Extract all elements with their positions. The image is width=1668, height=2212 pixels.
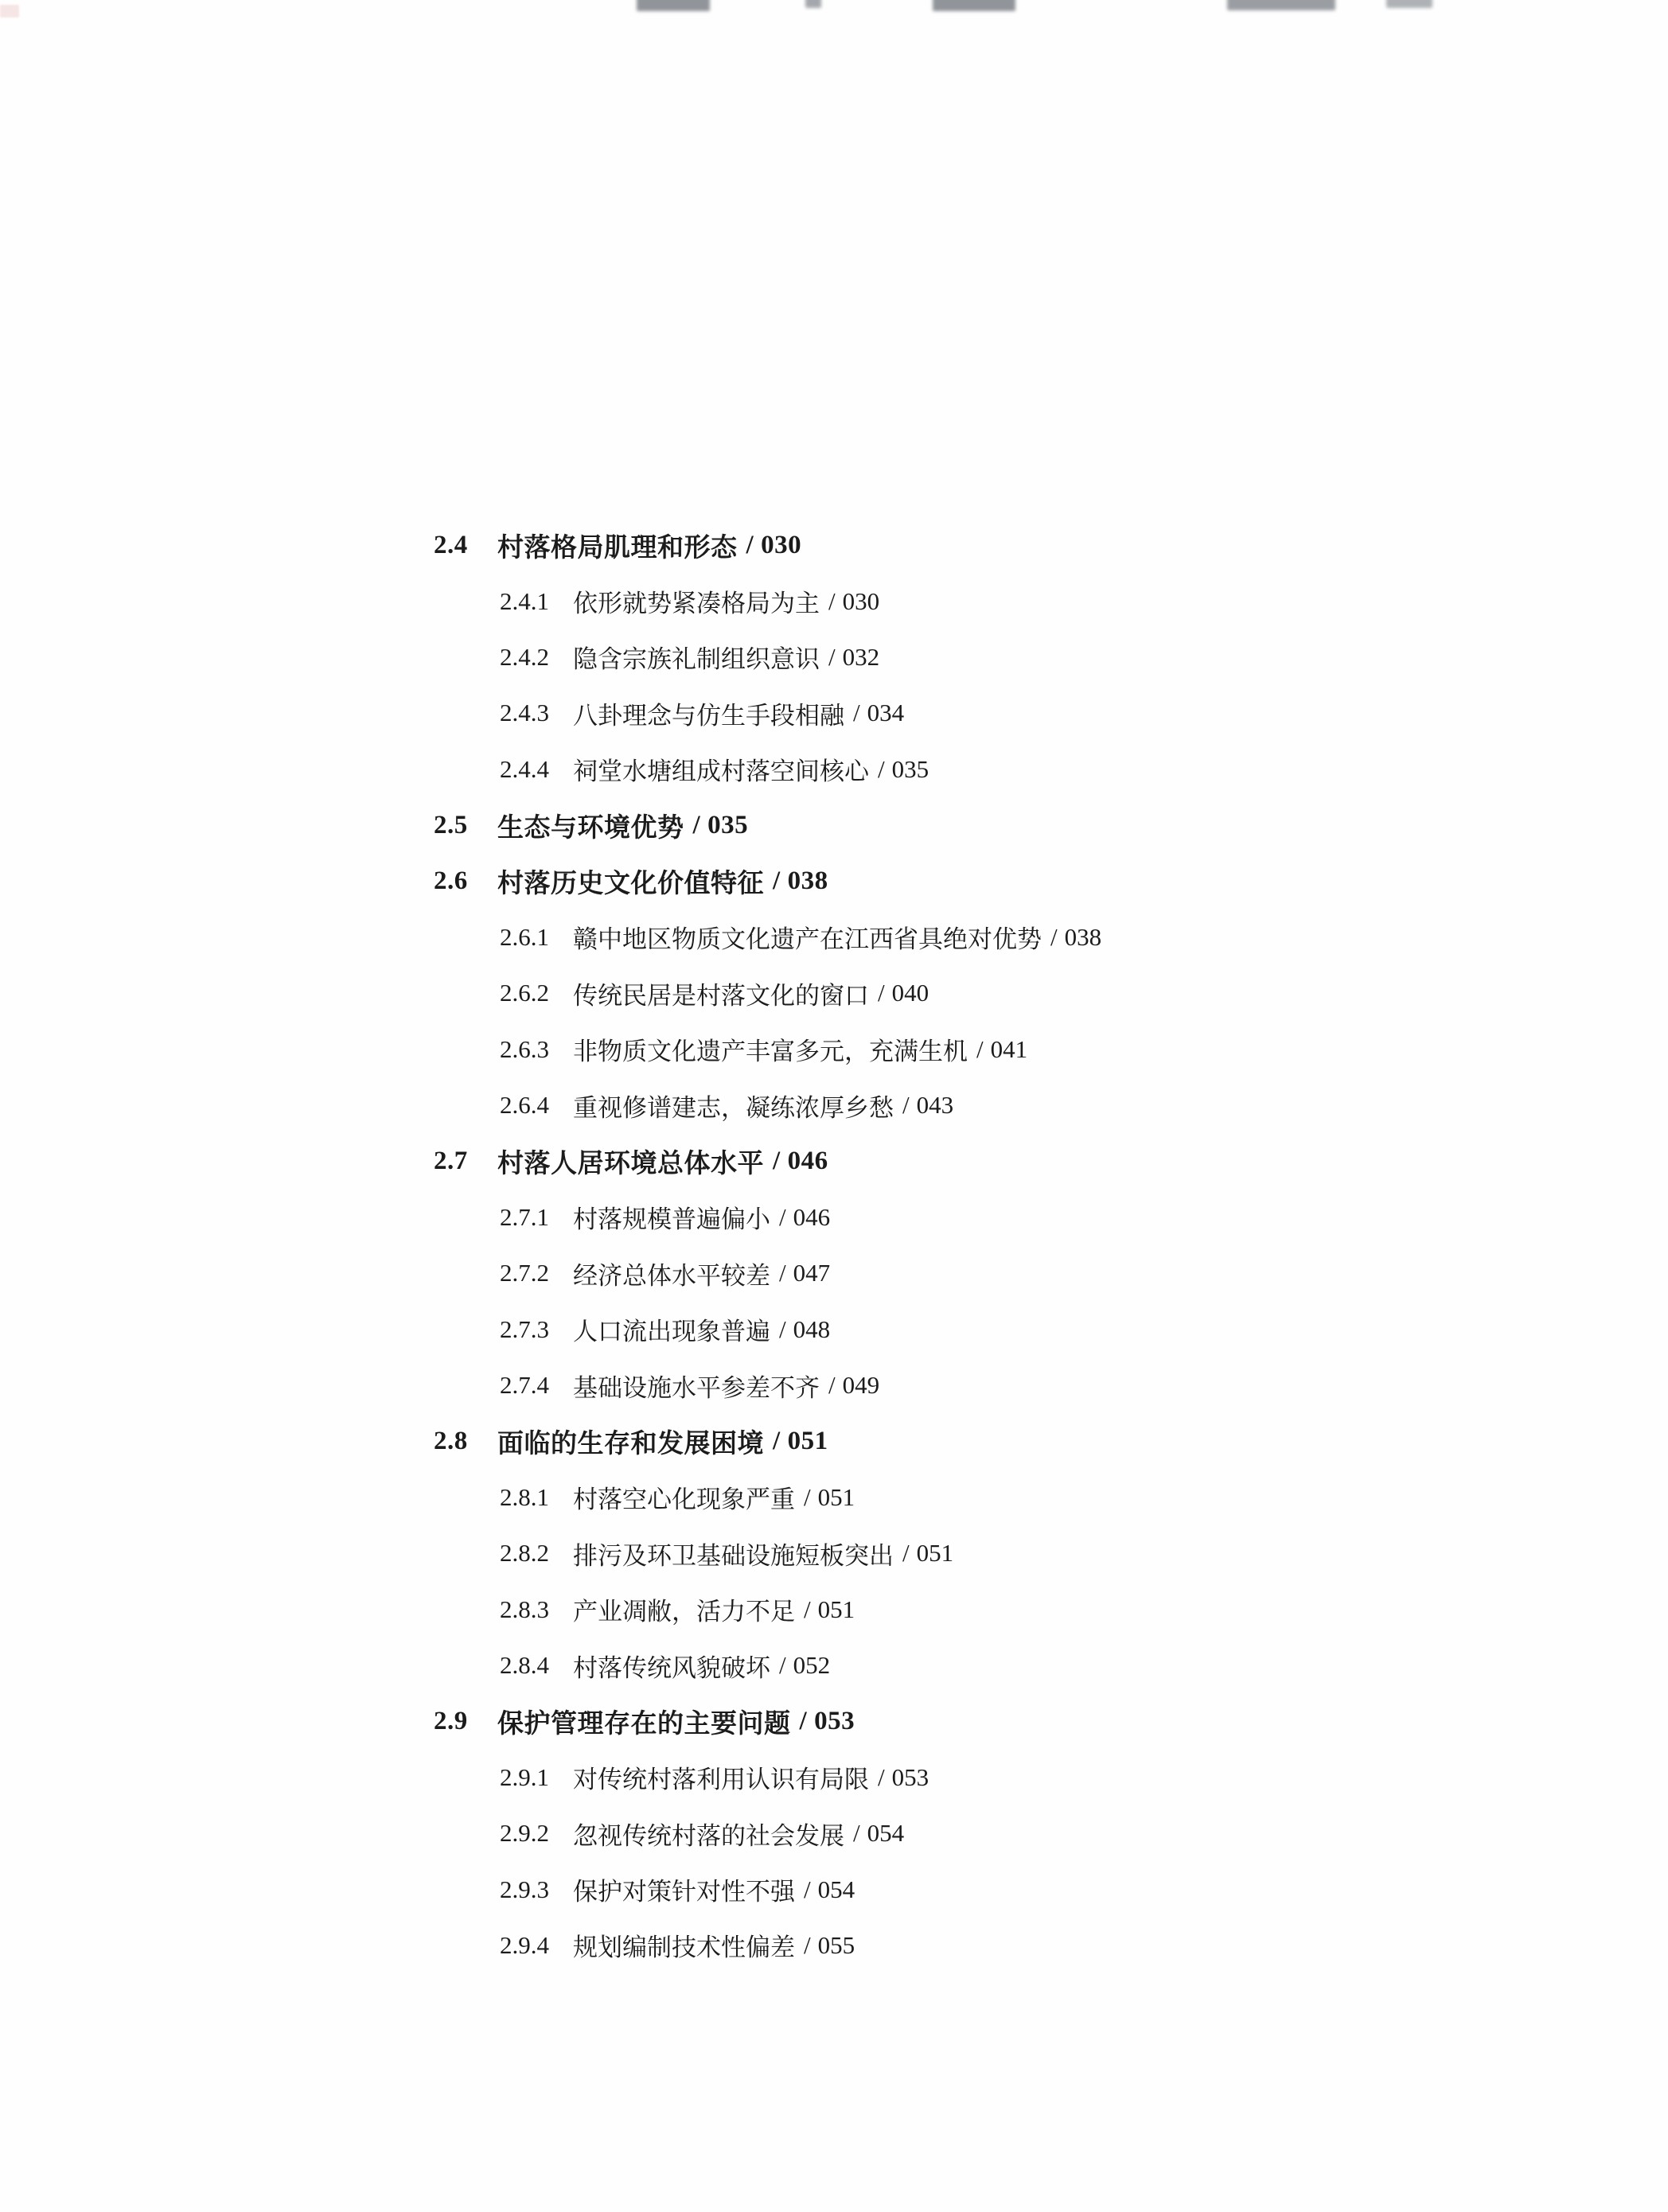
toc-entry-page: 055 — [818, 1931, 855, 1960]
toc-entry-number: 2.8 — [434, 1427, 497, 1456]
toc-entry-page: 034 — [867, 699, 905, 727]
toc-entry-page: 047 — [793, 1259, 831, 1287]
toc-entry-separator: / — [804, 1595, 811, 1624]
toc-entry-separator: / — [976, 1035, 984, 1064]
toc-entry-number: 2.9 — [434, 1707, 497, 1736]
toc-entry-title: 村落传统风貌破坏 — [573, 1648, 770, 1684]
toc-entry: 2.4.2 隐含宗族礼制组织意识 / 032 — [434, 629, 1101, 685]
toc-entry-number: 2.7.1 — [500, 1203, 573, 1232]
toc-entry-title: 祠堂水塘组成村落空间核心 — [573, 751, 869, 787]
toc-entry-number: 2.6 — [434, 866, 497, 896]
toc-entry-title: 重视修谱建志，凝练浓厚乡愁 — [573, 1088, 894, 1124]
toc-entry-title: 经济总体水平较差 — [573, 1256, 770, 1291]
toc-entry: 2.6 村落历史文化价值特征 / 038 — [434, 853, 1101, 909]
toc-entry-number: 2.6.3 — [500, 1035, 573, 1064]
scan-artifact-top — [1386, 0, 1432, 8]
toc-entry-title: 八卦理念与仿生手段相融 — [573, 695, 844, 731]
toc-entry-title: 保护管理存在的主要问题 — [497, 1703, 791, 1740]
toc-entry-separator: / — [800, 1707, 808, 1736]
toc-entry-page: 038 — [1065, 923, 1102, 952]
toc-entry-title: 面临的生存和发展困境 — [497, 1423, 764, 1460]
toc-entry-number: 2.7.3 — [500, 1315, 573, 1344]
toc-entry: 2.9.1 对传统村落利用认识有局限 / 053 — [434, 1750, 1101, 1805]
toc-entry-separator: / — [853, 1819, 860, 1848]
toc-entry-page: 041 — [991, 1035, 1028, 1064]
toc-entry: 2.8.4 村落传统风貌破坏 / 052 — [434, 1638, 1101, 1693]
toc-entry: 2.4 村落格局肌理和形态 / 030 — [434, 517, 1101, 573]
toc-entry-separator: / — [773, 1147, 781, 1176]
toc-entry-number: 2.7.4 — [500, 1371, 573, 1400]
toc-entry: 2.4.4 祠堂水塘组成村落空间核心 / 035 — [434, 742, 1101, 797]
toc-entry-title: 人口流出现象普遍 — [573, 1311, 770, 1347]
toc-entry-page: 053 — [892, 1763, 929, 1792]
toc-entry-page: 051 — [818, 1595, 855, 1624]
toc-entry-number: 2.9.4 — [500, 1931, 573, 1960]
toc-entry: 2.7.1 村落规模普遍偏小 / 046 — [434, 1190, 1101, 1245]
toc-entry-title: 村落格局肌理和形态 — [497, 527, 738, 564]
toc-entry: 2.4.1 依形就势紧凑格局为主 / 030 — [434, 573, 1101, 629]
toc-entry-title: 依形就势紧凑格局为主 — [573, 583, 820, 619]
toc-entry-number: 2.7.2 — [500, 1259, 573, 1287]
toc-entry-page: 054 — [867, 1819, 905, 1848]
toc-entry-separator: / — [804, 1875, 811, 1904]
toc-entry: 2.8.3 产业凋敝，活力不足 / 051 — [434, 1581, 1101, 1637]
toc-entry-separator: / — [828, 587, 836, 616]
toc-entry-title: 隐含宗族礼制组织意识 — [573, 639, 820, 675]
toc-entry-number: 2.4.3 — [500, 699, 573, 727]
scan-artifact-top — [637, 0, 710, 11]
toc-entry-page: 032 — [843, 643, 880, 672]
toc-entry: 2.7.3 人口流出现象普遍 / 048 — [434, 1301, 1101, 1357]
toc-entry-separator: / — [1050, 923, 1058, 952]
toc-entry-number: 2.8.1 — [500, 1483, 573, 1512]
toc-entry-separator: / — [804, 1483, 811, 1512]
toc-entry-separator: / — [878, 979, 885, 1007]
toc-entry-separator: / — [878, 755, 885, 784]
toc-entry-title: 传统民居是村落文化的窗口 — [573, 976, 869, 1011]
toc-entry-number: 2.6.2 — [500, 979, 573, 1007]
toc-entry-page: 049 — [843, 1371, 880, 1400]
toc-entry-page: 051 — [917, 1539, 954, 1567]
toc-entry-title: 村落空心化现象严重 — [573, 1479, 795, 1515]
toc-entry: 2.7.4 基础设施水平参差不齐 / 049 — [434, 1357, 1101, 1413]
toc-entry-separator: / — [902, 1091, 910, 1120]
scan-artifact-top — [805, 0, 821, 8]
toc-entry-title: 基础设施水平参差不齐 — [573, 1368, 820, 1404]
toc-entry-separator: / — [779, 1203, 786, 1232]
toc-entry-number: 2.7 — [434, 1147, 497, 1176]
toc-entry-separator: / — [693, 811, 701, 840]
toc-entry-separator: / — [804, 1931, 811, 1960]
toc-entry: 2.9.2 忽视传统村落的社会发展 / 054 — [434, 1805, 1101, 1861]
toc-entry-title: 规划编制技术性偏差 — [573, 1927, 795, 1963]
toc-entry: 2.8.1 村落空心化现象严重 / 051 — [434, 1470, 1101, 1525]
toc-entry-separator: / — [902, 1539, 910, 1567]
toc-entry-title: 对传统村落利用认识有局限 — [573, 1759, 869, 1795]
toc-entry-page: 030 — [843, 587, 880, 616]
toc-entry-title: 非物质文化遗产丰富多元，充满生机 — [573, 1031, 968, 1067]
toc-entry: 2.7.2 经济总体水平较差 / 047 — [434, 1245, 1101, 1301]
toc-entry-title: 村落历史文化价值特征 — [497, 863, 764, 900]
toc-entry-number: 2.6.1 — [500, 923, 573, 952]
toc-entry: 2.7 村落人居环境总体水平 / 046 — [434, 1133, 1101, 1189]
toc-entry-number: 2.9.2 — [500, 1819, 573, 1848]
toc-entry-number: 2.9.3 — [500, 1875, 573, 1904]
toc-entry-page: 038 — [788, 866, 828, 896]
toc-entry-title: 排污及环卫基础设施短板突出 — [573, 1536, 894, 1571]
toc-entry-title: 忽视传统村落的社会发展 — [573, 1816, 844, 1852]
toc-entry-title: 生态与环境优势 — [497, 807, 684, 844]
scanned-toc-page: 2.4 村落格局肌理和形态 / 030 2.4.1 依形就势紧凑格局为主 / 0… — [0, 0, 1668, 2212]
toc-entry-page: 030 — [761, 531, 801, 560]
toc-entry: 2.8 面临的生存和发展困境 / 051 — [434, 1413, 1101, 1469]
toc-entry-separator: / — [878, 1763, 885, 1792]
toc-entry-page: 051 — [818, 1483, 855, 1512]
scan-artifact-top — [1227, 0, 1335, 10]
toc-entry-title: 赣中地区物质文化遗产在江西省具绝对优势 — [573, 919, 1042, 955]
toc-entry-page: 043 — [917, 1091, 954, 1120]
toc-entry-title: 保护对策针对性不强 — [573, 1871, 795, 1907]
table-of-contents: 2.4 村落格局肌理和形态 / 030 2.4.1 依形就势紧凑格局为主 / 0… — [434, 517, 1101, 1973]
toc-entry-number: 2.4.2 — [500, 643, 573, 672]
toc-entry-number: 2.8.3 — [500, 1595, 573, 1624]
toc-entry-number: 2.4 — [434, 531, 497, 560]
toc-entry-number: 2.6.4 — [500, 1091, 573, 1120]
toc-entry-separator: / — [779, 1259, 786, 1287]
toc-entry: 2.9.4 规划编制技术性偏差 / 055 — [434, 1918, 1101, 1973]
toc-entry: 2.6.2 传统民居是村落文化的窗口 / 040 — [434, 965, 1101, 1021]
toc-entry-page: 046 — [793, 1203, 831, 1232]
toc-entry-separator: / — [779, 1651, 786, 1680]
scan-artifact-top — [933, 0, 1015, 11]
scan-artifact-corner — [0, 5, 19, 18]
toc-entry-separator: / — [746, 531, 754, 560]
toc-entry-separator: / — [828, 1371, 836, 1400]
toc-entry-page: 035 — [707, 811, 748, 840]
toc-entry-page: 053 — [814, 1707, 855, 1736]
toc-entry: 2.6.3 非物质文化遗产丰富多元，充满生机 / 041 — [434, 1022, 1101, 1077]
toc-entry-separator: / — [779, 1315, 786, 1344]
toc-entry-page: 040 — [892, 979, 929, 1007]
toc-entry-page: 046 — [788, 1147, 828, 1176]
toc-entry-title: 村落人居环境总体水平 — [497, 1143, 764, 1180]
toc-entry-separator: / — [853, 699, 860, 727]
toc-entry-separator: / — [773, 866, 781, 896]
toc-entry-number: 2.4.4 — [500, 755, 573, 784]
toc-entry-number: 2.4.1 — [500, 587, 573, 616]
toc-entry: 2.9.3 保护对策针对性不强 / 054 — [434, 1861, 1101, 1917]
toc-entry: 2.5 生态与环境优势 / 035 — [434, 797, 1101, 853]
toc-entry-number: 2.8.2 — [500, 1539, 573, 1567]
toc-entry-number: 2.9.1 — [500, 1763, 573, 1792]
toc-entry-page: 054 — [818, 1875, 855, 1904]
toc-entry-number: 2.5 — [434, 811, 497, 840]
toc-entry: 2.6.1 赣中地区物质文化遗产在江西省具绝对优势 / 038 — [434, 909, 1101, 965]
toc-entry: 2.6.4 重视修谱建志，凝练浓厚乡愁 / 043 — [434, 1077, 1101, 1133]
toc-entry-page: 048 — [793, 1315, 831, 1344]
toc-entry-title: 产业凋敝，活力不足 — [573, 1591, 795, 1627]
toc-entry-separator: / — [828, 643, 836, 672]
toc-entry: 2.9 保护管理存在的主要问题 / 053 — [434, 1693, 1101, 1749]
toc-entry-separator: / — [773, 1427, 781, 1456]
toc-entry-page: 052 — [793, 1651, 831, 1680]
toc-entry: 2.8.2 排污及环卫基础设施短板突出 / 051 — [434, 1525, 1101, 1581]
toc-entry-page: 035 — [892, 755, 929, 784]
toc-entry: 2.4.3 八卦理念与仿生手段相融 / 034 — [434, 685, 1101, 741]
toc-entry-number: 2.8.4 — [500, 1651, 573, 1680]
toc-entry-page: 051 — [788, 1427, 828, 1456]
toc-entry-title: 村落规模普遍偏小 — [573, 1199, 770, 1235]
